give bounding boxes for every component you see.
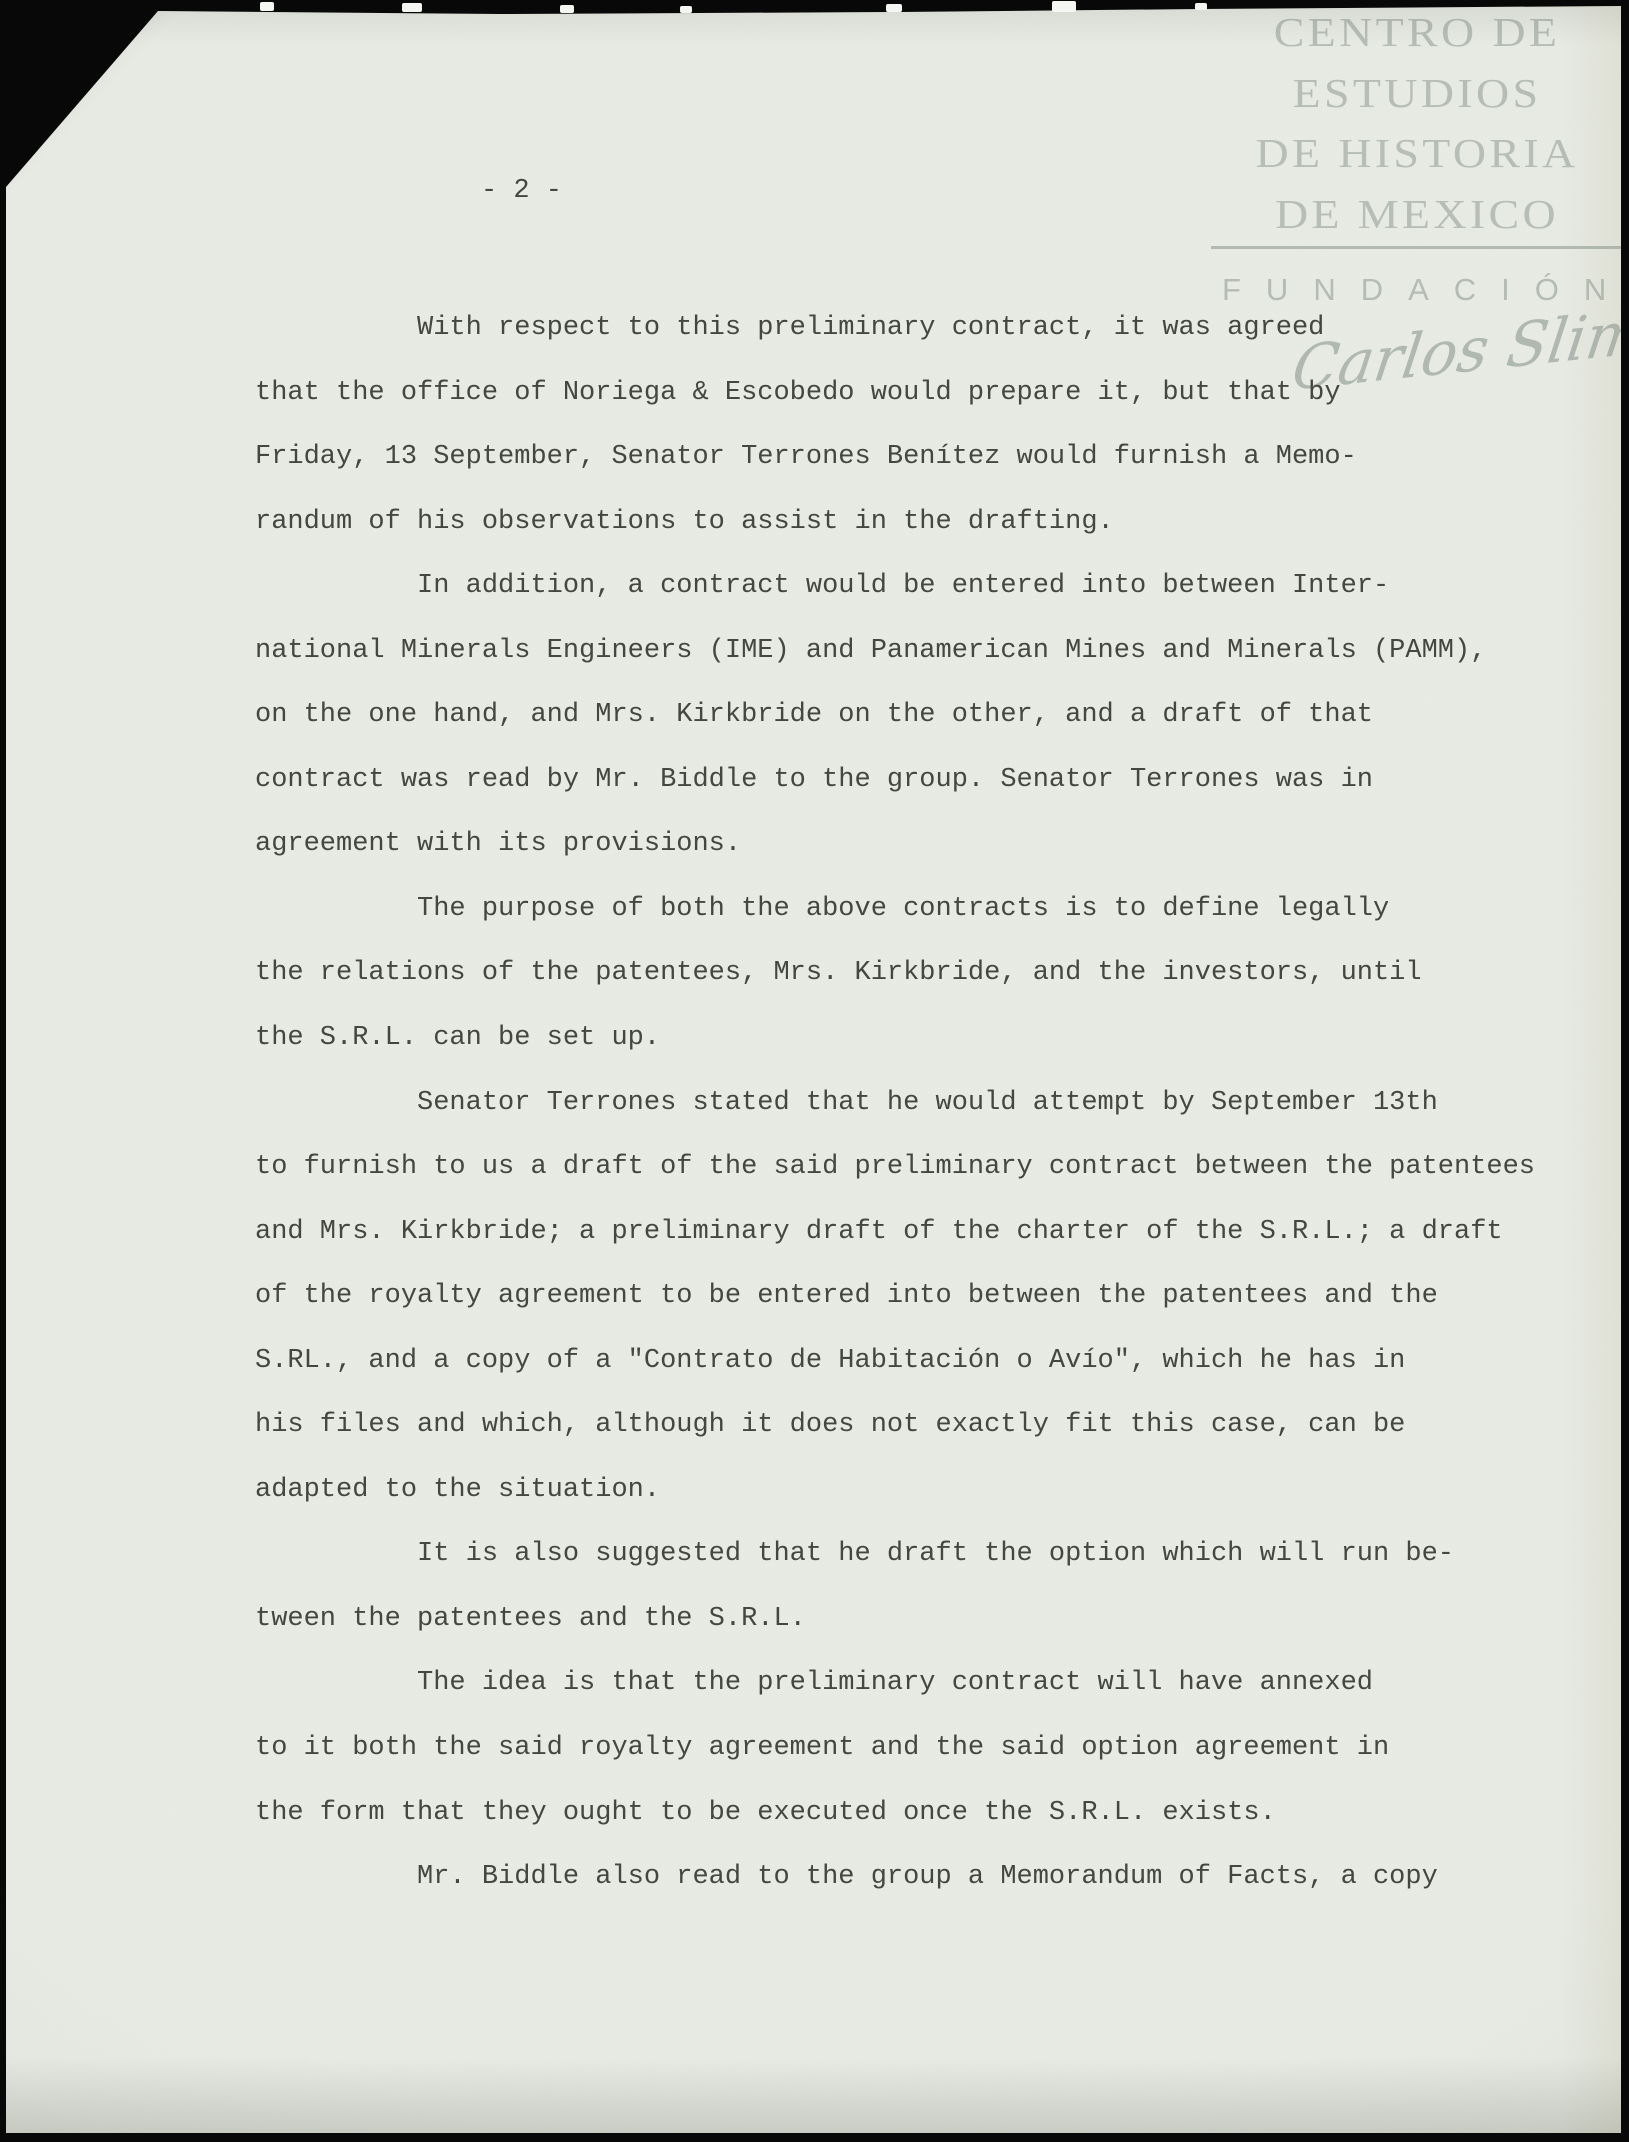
- document-body: With respect to this preliminary contrac…: [255, 296, 1595, 1910]
- page-number: - 2 -: [481, 176, 562, 206]
- watermark-line: DE HISTORIA: [1180, 123, 1629, 184]
- watermark-institution: CENTRO DEESTUDIOSDE HISTORIADE MEXICO: [1205, 2, 1629, 244]
- document-line: S.RL., and a copy of a "Contrato de Habi…: [255, 1329, 1595, 1394]
- document-line: In addition, a contract would be entered…: [255, 554, 1595, 619]
- edge-tear: [402, 3, 422, 12]
- watermark-line: ESTUDIOS: [1180, 63, 1629, 124]
- edge-tear: [1195, 3, 1207, 10]
- document-line: Mr. Biddle also read to the group a Memo…: [255, 1845, 1595, 1910]
- document-line: randum of his observations to assist in …: [255, 490, 1595, 555]
- document-line: to it both the said royalty agreement an…: [255, 1716, 1595, 1781]
- paper-sheet: CENTRO DEESTUDIOSDE HISTORIADE MEXICO FU…: [0, 0, 1629, 2142]
- document-line: With respect to this preliminary contrac…: [255, 296, 1595, 361]
- edge-tear: [886, 4, 902, 12]
- document-line: Senator Terrones stated that he would at…: [255, 1071, 1595, 1136]
- document-line: the form that they ought to be executed …: [255, 1781, 1595, 1846]
- document-line: on the one hand, and Mrs. Kirkbride on t…: [255, 683, 1595, 748]
- document-line: Friday, 13 September, Senator Terrones B…: [255, 425, 1595, 490]
- document-line: national Minerals Engineers (IME) and Pa…: [255, 619, 1595, 684]
- document-line: that the office of Noriega & Escobedo wo…: [255, 361, 1595, 426]
- edge-tear: [560, 5, 574, 13]
- document-line: the S.R.L. can be set up.: [255, 1006, 1595, 1071]
- edge-tear: [680, 6, 692, 13]
- edge-tear: [260, 2, 274, 11]
- document-line: agreement with its provisions.: [255, 812, 1595, 877]
- document-line: adapted to the situation.: [255, 1458, 1595, 1523]
- watermark-line: CENTRO DE: [1180, 2, 1629, 63]
- edge-tear: [1052, 1, 1076, 12]
- document-line: The idea is that the preliminary contrac…: [255, 1651, 1595, 1716]
- document-line: and Mrs. Kirkbride; a preliminary draft …: [255, 1200, 1595, 1265]
- document-line: the relations of the patentees, Mrs. Kir…: [255, 941, 1595, 1006]
- document-line: his files and which, although it does no…: [255, 1393, 1595, 1458]
- document-line: of the royalty agreement to be entered i…: [255, 1264, 1595, 1329]
- document-line: to furnish to us a draft of the said pre…: [255, 1135, 1595, 1200]
- document-line: It is also suggested that he draft the o…: [255, 1522, 1595, 1587]
- watermark-line: DE MEXICO: [1180, 184, 1629, 245]
- document-line: tween the patentees and the S.R.L.: [255, 1587, 1595, 1652]
- scanned-document-page: CENTRO DEESTUDIOSDE HISTORIADE MEXICO FU…: [0, 0, 1629, 2142]
- watermark-divider: [1211, 246, 1623, 249]
- document-line: contract was read by Mr. Biddle to the g…: [255, 748, 1595, 813]
- document-line: The purpose of both the above contracts …: [255, 877, 1595, 942]
